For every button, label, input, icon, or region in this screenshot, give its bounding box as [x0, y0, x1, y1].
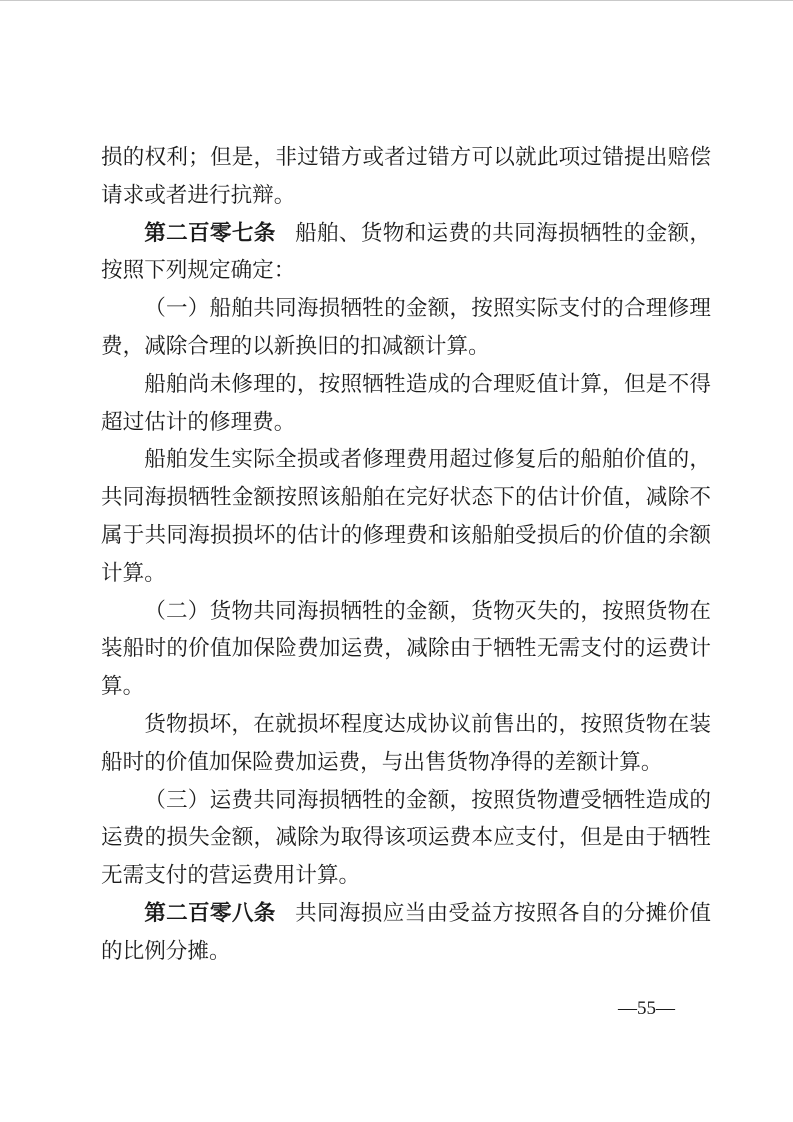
paragraph-cargo-damaged: 货物损坏，在就损坏程度达成协议前售出的，按照货物在装船时的价值加保险费加运费，与… — [101, 706, 711, 782]
paragraph-text: 船舶发生实际全损或者修理费用超过修复后的船舶价值的，共同海损牺牲金额按照该船舶在… — [101, 447, 711, 584]
paragraph-text: 船舶尚未修理的，按照牺牲造成的合理贬值计算，但是不得超过估计的修理费。 — [101, 372, 711, 434]
paragraph-ship-unrepaired: 船舶尚未修理的，按照牺牲造成的合理贬值计算，但是不得超过估计的修理费。 — [101, 366, 711, 442]
paragraph-item-3: （三）运费共同海损牺牲的金额，按照货物遭受牺牲造成的运费的损失金额，减除为取得该… — [101, 782, 711, 895]
page-number: —55— — [0, 997, 675, 1021]
page-top-edge — [0, 0, 793, 1]
paragraph-ship-total-loss: 船舶发生实际全损或者修理费用超过修复后的船舶价值的，共同海损牺牲金额按照该船舶在… — [101, 441, 711, 592]
paragraph-item-1: （一）船舶共同海损牺牲的金额，按照实际支付的合理修理费，减除合理的以新换旧的扣减… — [101, 290, 711, 366]
article-207-paragraph: 第二百零七条船舶、货物和运费的共同海损牺牲的金额，按照下列规定确定： — [101, 215, 711, 291]
article-208-paragraph: 第二百零八条共同海损应当由受益方按照各自的分摊价值的比例分摊。 — [101, 895, 711, 971]
paragraph-text: 损的权利；但是，非过错方或者过错方可以就此项过错提出赔偿请求或者进行抗辩。 — [101, 145, 711, 207]
article-207-number: 第二百零七条 — [144, 221, 275, 245]
document-body: 损的权利；但是，非过错方或者过错方可以就此项过错提出赔偿请求或者进行抗辩。 第二… — [101, 139, 711, 971]
paragraph-text: （三）运费共同海损牺牲的金额，按照货物遭受牺牲造成的运费的损失金额，减除为取得该… — [101, 788, 711, 888]
paragraph-item-2: （二）货物共同海损牺牲的金额，货物灭失的，按照货物在装船时的价值加保险费加运费，… — [101, 593, 711, 706]
paragraph-text: 货物损坏，在就损坏程度达成协议前售出的，按照货物在装船时的价值加保险费加运费，与… — [101, 712, 711, 774]
document-page: 损的权利；但是，非过错方或者过错方可以就此项过错提出赔偿请求或者进行抗辩。 第二… — [0, 0, 793, 1122]
paragraph-continuation: 损的权利；但是，非过错方或者过错方可以就此项过错提出赔偿请求或者进行抗辩。 — [101, 139, 711, 215]
article-208-number: 第二百零八条 — [144, 901, 275, 925]
paragraph-text: （一）船舶共同海损牺牲的金额，按照实际支付的合理修理费，减除合理的以新换旧的扣减… — [101, 296, 711, 358]
paragraph-text: （二）货物共同海损牺牲的金额，货物灭失的，按照货物在装船时的价值加保险费加运费，… — [101, 599, 711, 699]
